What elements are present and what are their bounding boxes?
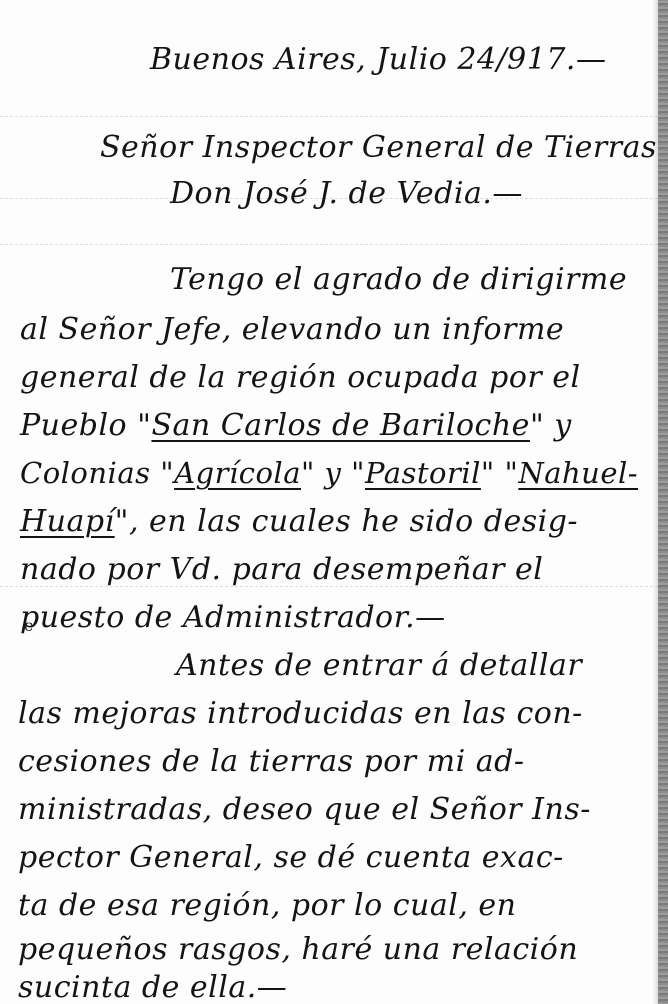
body-line-6: Huapí", en las cuales he sido desig-	[20, 504, 578, 539]
body-line-13: pector General, se dé cuenta exac-	[18, 840, 564, 875]
page-binding-edge	[658, 0, 668, 1004]
body-line-14: ta de esa región, por lo cual, en	[18, 888, 516, 923]
body-text: Pueblo "	[20, 408, 151, 443]
body-line-11: cesiones de la tierras por mi ad-	[18, 744, 524, 779]
body-line-3: general de la región ocupada por el	[20, 360, 581, 395]
addressee-name: Don José J. de Vedia.—	[170, 176, 523, 211]
body-line-15: pequeños rasgos, haré una relación	[18, 932, 578, 967]
colony-name-underlined: Nahuel-	[518, 456, 638, 490]
ruled-line	[0, 244, 658, 245]
body-text: Colonias "	[20, 456, 174, 490]
body-line-7: nado por Vd. para desempeñar el	[20, 552, 543, 587]
body-line-16: sucinta de ella.—	[18, 970, 287, 1004]
colony-name-underlined: Huapí	[20, 504, 115, 539]
body-text: ", en las cuales he sido desig-	[115, 504, 578, 539]
body-text: " y "	[301, 456, 365, 490]
colony-name-underlined: Agrícola	[174, 456, 301, 490]
scanned-letter-page: Buenos Aires, Julio 24/917.— Señor Inspe…	[0, 0, 668, 1004]
body-line-5: Colonias "Agrícola" y "Pastoril" "Nahuel…	[20, 456, 638, 490]
body-text: " "	[481, 456, 518, 490]
body-line-8: puesto de Administrador.—	[20, 600, 446, 635]
body-line-9: Antes de entrar á detallar	[176, 648, 582, 683]
body-line-12: ministradas, deseo que el Señor Ins-	[18, 792, 591, 827]
body-line-4: Pueblo "San Carlos de Bariloche" y	[20, 408, 572, 443]
addressee-title: Señor Inspector General de Tierras	[100, 130, 657, 165]
place-name-underlined: San Carlos de Bariloche	[151, 408, 529, 443]
margin-mark: c	[24, 616, 33, 635]
letter-place-date: Buenos Aires, Julio 24/917.—	[150, 42, 606, 77]
body-line-10: las mejoras introducidas en las con-	[18, 696, 583, 731]
colony-name-underlined: Pastoril	[365, 456, 481, 490]
ruled-line	[0, 116, 658, 117]
body-text: " y	[530, 408, 572, 443]
body-line-2: al Señor Jefe, elevando un informe	[20, 312, 564, 347]
body-line-1: Tengo el agrado de dirigirme	[170, 262, 627, 297]
